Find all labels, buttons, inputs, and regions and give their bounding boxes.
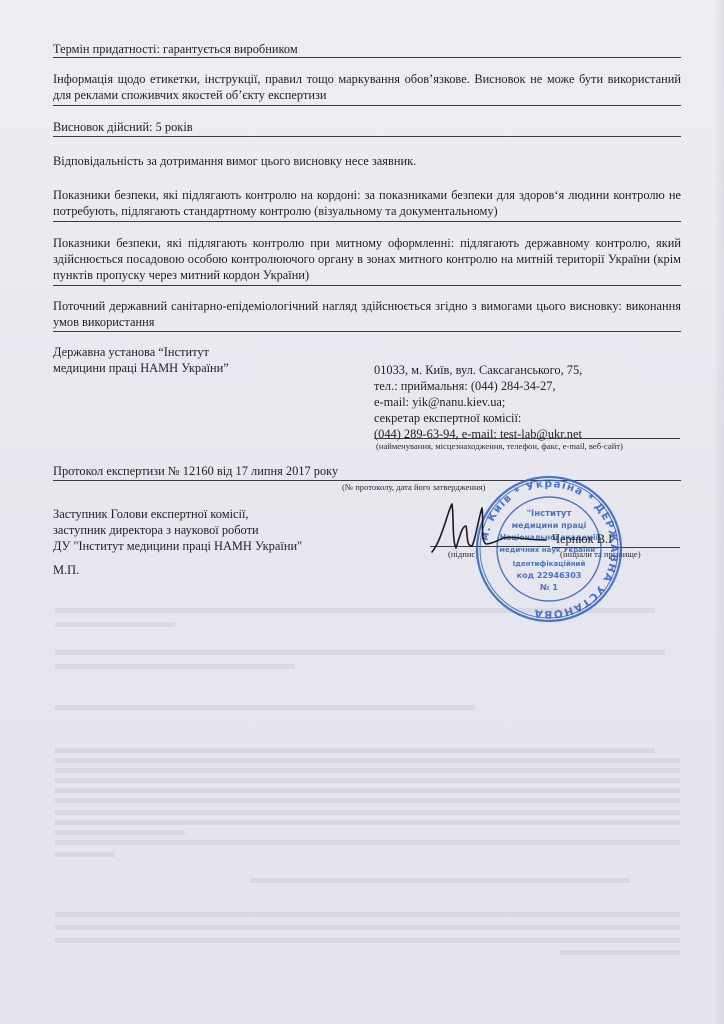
responsibility-text: Відповідальність за дотримання вимог цьо… xyxy=(53,153,681,169)
address-line: e-mail: yik@nanu.kiev.ua; xyxy=(374,394,582,410)
address-line: (044) 289-63-94, e-mail: test-lab@ukr.ne… xyxy=(374,426,582,442)
address-underline xyxy=(374,438,680,439)
address-line: 01033, м. Київ, вул. Саксаганського, 75, xyxy=(374,362,582,378)
protocol-caption: (№ протоколу, дата його затвердження) xyxy=(342,482,485,492)
signatory-title: Заступник Голови експертної комісії, зас… xyxy=(53,506,302,554)
address-caption: (найменування, місцезнаходження, телефон… xyxy=(376,441,623,451)
signatory-title-line: Заступник Голови експертної комісії, xyxy=(53,506,302,522)
supervision-text: Поточний державний санітарно-епідеміолог… xyxy=(53,298,681,330)
institution-address: 01033, м. Київ, вул. Саксаганського, 75,… xyxy=(374,362,582,442)
customs-control-text: Показники безпеки, які підлягають контро… xyxy=(53,235,681,283)
svg-text:Ідентифікаційний: Ідентифікаційний xyxy=(513,560,586,568)
divider xyxy=(53,221,681,222)
shelf-life-text: Термін придатності: гарантується виробни… xyxy=(53,41,681,57)
seal-mark: М.П. xyxy=(53,562,79,578)
institution-name-line: Державна установа “Інститут xyxy=(53,344,229,360)
svg-text:№ 1: № 1 xyxy=(540,583,558,592)
address-line: секретар експертної комісії: xyxy=(374,410,582,426)
page-edge-shadow xyxy=(714,0,724,1024)
divider xyxy=(53,136,681,137)
address-line: тел.: приймальня: (044) 284-34-27, xyxy=(374,378,582,394)
institution-name: Державна установа “Інститут медицини пра… xyxy=(53,344,229,376)
handwritten-signature xyxy=(428,500,548,560)
institution-name-line: медицини праці НАМН України” xyxy=(53,360,229,376)
divider xyxy=(53,105,681,106)
document-page: Термін придатності: гарантується виробни… xyxy=(0,0,724,1024)
svg-text:код 22946303: код 22946303 xyxy=(517,571,582,580)
divider xyxy=(53,331,681,332)
signatory-title-line: заступник директора з наукової роботи xyxy=(53,522,302,538)
labeling-text: Інформація щодо етикетки, інструкції, пр… xyxy=(53,71,681,103)
signatory-title-line: ДУ "Інститут медицини праці НАМН України… xyxy=(53,538,302,554)
signatory-name: Чернюк В.І xyxy=(552,531,612,547)
validity-text: Висновок дійсний: 5 років xyxy=(53,119,681,135)
divider xyxy=(53,285,681,286)
divider xyxy=(53,57,681,58)
border-control-text: Показники безпеки, які підлягають контро… xyxy=(53,187,681,219)
